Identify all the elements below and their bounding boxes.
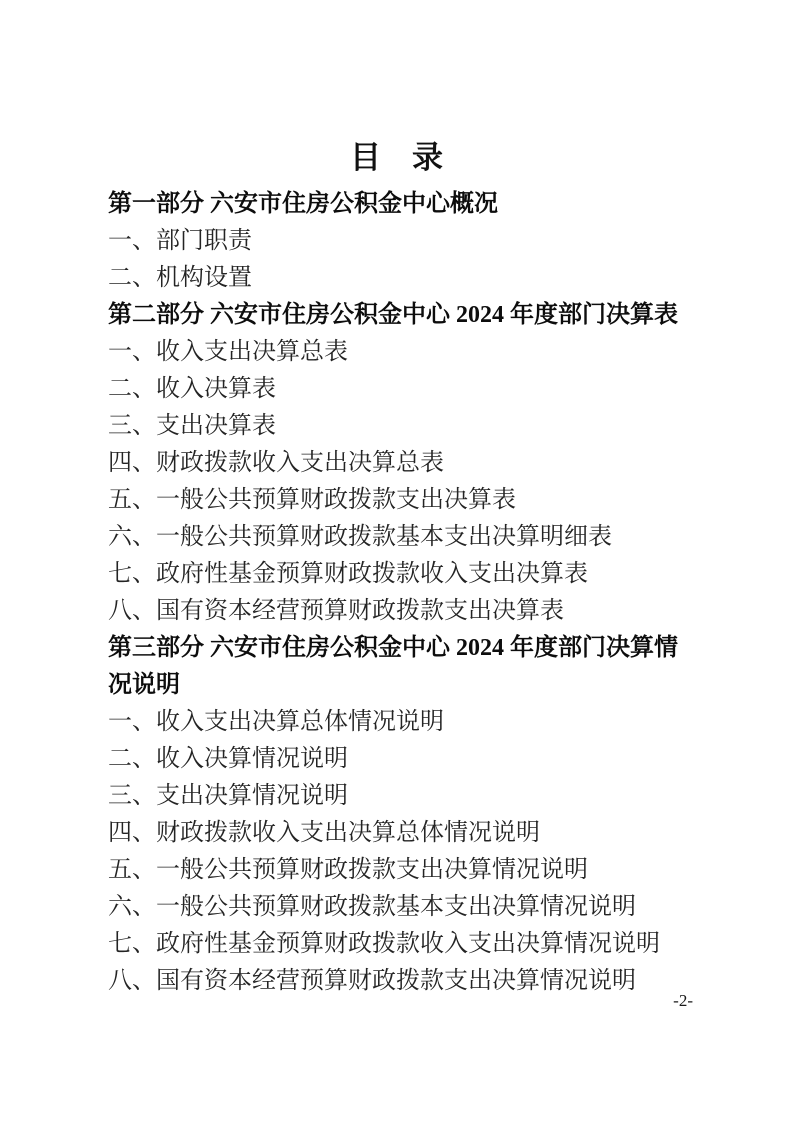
toc-item: 五、一般公共预算财政拨款支出决算表 [108, 482, 699, 519]
toc-section-heading-3: 第三部分 六安市住房公积金中心 2024 年度部门决算情况说明 [108, 630, 699, 704]
toc-item: 七、政府性基金预算财政拨款收入支出决算情况说明 [108, 926, 699, 963]
toc-item: 五、一般公共预算财政拨款支出决算情况说明 [108, 852, 699, 889]
toc-item: 一、收入支出决算总体情况说明 [108, 704, 699, 741]
toc-item: 四、财政拨款收入支出决算总体情况说明 [108, 815, 699, 852]
toc-item: 二、机构设置 [108, 260, 699, 297]
toc-item: 三、支出决算情况说明 [108, 778, 699, 815]
table-of-contents: 第一部分 六安市住房公积金中心概况 一、部门职责 二、机构设置 第二部分 六安市… [108, 186, 699, 1000]
document-page: 目 录 第一部分 六安市住房公积金中心概况 一、部门职责 二、机构设置 第二部分… [0, 0, 793, 1122]
toc-section-heading-1: 第一部分 六安市住房公积金中心概况 [108, 186, 699, 223]
toc-item: 三、支出决算表 [108, 408, 699, 445]
toc-item: 八、国有资本经营预算财政拨款支出决算表 [108, 593, 699, 630]
page-number: -2- [673, 991, 693, 1011]
toc-item: 八、国有资本经营预算财政拨款支出决算情况说明 [108, 963, 699, 1000]
toc-item: 六、一般公共预算财政拨款基本支出决算明细表 [108, 519, 699, 556]
toc-section-heading-2: 第二部分 六安市住房公积金中心 2024 年度部门决算表 [108, 297, 699, 334]
page-title: 目 录 [0, 138, 793, 178]
toc-item: 二、收入决算情况说明 [108, 741, 699, 778]
toc-item: 四、财政拨款收入支出决算总表 [108, 445, 699, 482]
toc-item: 二、收入决算表 [108, 371, 699, 408]
toc-item: 一、部门职责 [108, 223, 699, 260]
toc-item: 一、收入支出决算总表 [108, 334, 699, 371]
toc-item: 六、一般公共预算财政拨款基本支出决算情况说明 [108, 889, 699, 926]
toc-item: 七、政府性基金预算财政拨款收入支出决算表 [108, 556, 699, 593]
